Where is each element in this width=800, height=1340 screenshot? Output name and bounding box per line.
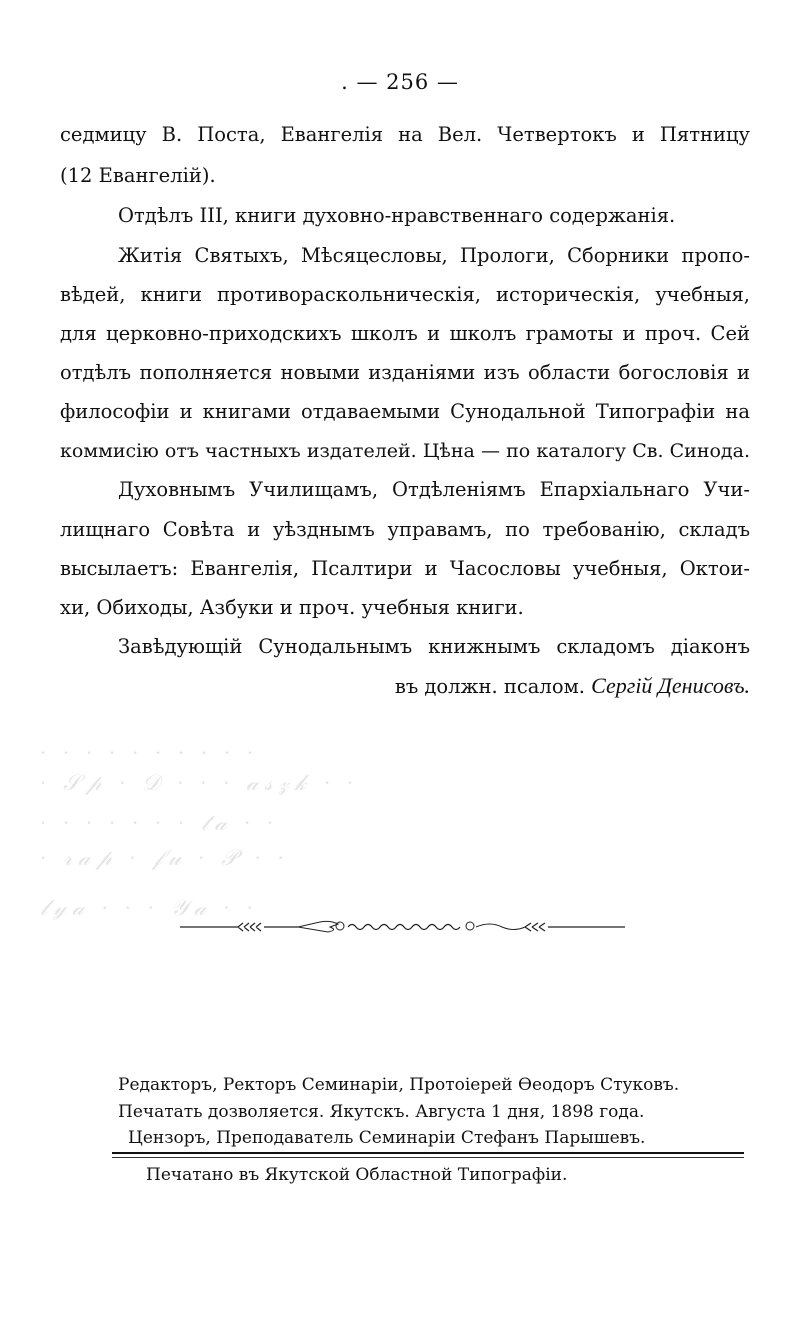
imprint-printer: Печатано въ Якутской Областной Типографі… — [146, 1164, 567, 1186]
text-line: (12 Евангелій). — [60, 163, 750, 189]
signature-title: Завѣдующій Сунодальнымъ книжнымъ складом… — [118, 634, 750, 660]
imprint-rule-thin — [112, 1157, 744, 1158]
imprint-permission: Печатать дозволяется. Якутскъ. Августа 1… — [118, 1101, 644, 1123]
bleedthrough-line: · · · · · · · · · · — [40, 740, 760, 766]
text-line: хи, Обиходы, Азбуки и проч. учебныя книг… — [60, 595, 750, 621]
section-heading: Отдѣлъ III, книги духовно-нравственнаго … — [118, 203, 750, 229]
imprint-rule — [112, 1152, 744, 1154]
bleedthrough-line: · · · · · · · 𝓉𝒶 · · — [40, 810, 760, 836]
signature-position: въ должн. псалом. — [395, 675, 585, 698]
document-page: . — 256 — седмицу В. Поста, Евангелія на… — [0, 0, 800, 1340]
imprint-censor: Цензоръ, Преподаватель Семинаріи Стефанъ… — [128, 1127, 645, 1149]
bleedthrough-line: · 𝒮𝓅 · 𝒟 · · · 𝒶𝓈𝓏𝓀 · · — [40, 770, 760, 796]
signature-name: Сергій Денисовъ. — [591, 673, 750, 698]
signature-line: въ должн. псалом. Сергій Денисовъ. — [320, 673, 750, 700]
bleedthrough-line: · 𝓇𝒶𝓅 · 𝒻𝓊 · 𝒫 · · — [40, 845, 760, 871]
text-line: Духовнымъ Училищамъ, Отдѣленіямъ Епархіа… — [118, 477, 750, 503]
text-line: коммисію отъ частныхъ издателей. Цѣна — … — [60, 438, 750, 464]
text-line: высылаетъ: Евангелія, Псалтири и Часосло… — [60, 556, 750, 582]
text-line: Житія Святыхъ, Мѣсяцесловы, Прологи, Сбо… — [118, 243, 750, 269]
text-line: седмицу В. Поста, Евангелія на Вел. Четв… — [60, 122, 750, 148]
imprint-editor: Редакторъ, Ректоръ Семинаріи, Протоіерей… — [118, 1074, 679, 1096]
text-line: лищнаго Совѣта и уѣзднымъ управамъ, по т… — [60, 517, 750, 543]
text-line: для церковно-приходскихъ школъ и школъ г… — [60, 321, 750, 347]
ornament-divider — [180, 918, 625, 934]
text-line: философіи и книгами отдаваемыми Сунодаль… — [60, 399, 750, 425]
page-number: . — 256 — — [0, 70, 800, 94]
text-line: вѣдей, книги противораскольническія, ист… — [60, 282, 750, 308]
text-line: отдѣлъ пополняется новыми изданіями изъ … — [60, 360, 750, 386]
